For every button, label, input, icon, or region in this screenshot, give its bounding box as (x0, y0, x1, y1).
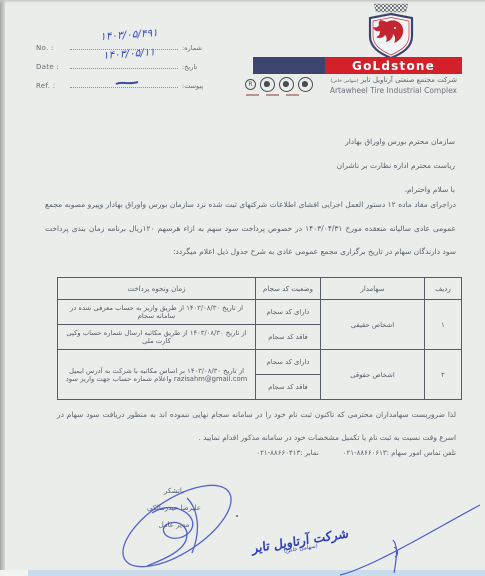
certification-fineprint (246, 94, 299, 96)
row2-shareholder: اشخاص حقوقی (321, 350, 425, 400)
phone-number: تلفن تماس امور سهام :۸۸۶۶۰۶۱۳-۰۲۱ (343, 449, 456, 457)
col-header-payment: زمان ونحوه پرداخت (58, 278, 256, 300)
fineprint-mark (246, 94, 259, 96)
meta-row-ref: Ref. : پیوست: (36, 71, 208, 90)
row1-status-no-code: فاقد کد سجام (256, 325, 321, 350)
recipient-block: سازمان محترم بورس واوراق بهادار ریاست مح… (337, 130, 455, 202)
table-row: ۱ اشخاص حقیقی دارای کد سجام از تاریخ ۱۴۰… (58, 300, 462, 325)
table-header-row: ردیف سهامدار وضعیت کد سجام زمان ونحوه پر… (58, 278, 462, 300)
checker-band (374, 4, 408, 12)
goldstone-shield-lion-icon (362, 3, 420, 59)
ink-dot (236, 515, 238, 517)
ref-scribble-mark (114, 79, 140, 87)
row2-payment: از تاریخ ۱۴۰۳/۰۸/۳۰ بر اساس مکاتبه با شر… (58, 350, 256, 400)
handwritten-signature-scribble (92, 468, 262, 576)
row1-payment-has-code: از تاریخ ۱۴۰۳/۰۸/۳۰ از طریق واریز به حسا… (58, 300, 256, 325)
date-label-en: Date : (36, 63, 66, 71)
scan-edge-bottom-left (0, 570, 28, 576)
company-name-fa-text: شرکت مجتمع صنعتی آرتاویل تایر (361, 76, 457, 84)
body-paragraph: دراجرای مفاد ماده ۱۲ دستور العمل اجرایی … (45, 193, 456, 264)
recipient-line-2: ریاست محترم اداره نظارت بر ناشران (337, 154, 455, 178)
row1-index: ۱ (425, 300, 462, 350)
certification-badges: R (245, 77, 313, 92)
row2-status-has-code: دارای کد سجام (256, 350, 321, 375)
brand-name: GoLdstone (352, 60, 435, 72)
scanned-letter: No. : شماره: ۱۴۰۳/۰۵/۴۹۱ Date : تاریخ: ۱… (0, 0, 485, 576)
recipient-line-1: سازمان محترم بورس واوراق بهادار (337, 130, 455, 154)
meta-row-date: Date : تاریخ: ۱۴۰۳/۰۵/۱۱ (36, 52, 208, 71)
fineprint-mark (286, 94, 299, 96)
fineprint-mark (266, 94, 279, 96)
number-label-en: No. : (36, 44, 66, 52)
row1-payment-no-code: از تاریخ ۱۴۰۳/۰۸/۳۰ از طریق مکاتبه ارسال… (58, 325, 256, 350)
letter-meta-block: No. : شماره: ۱۴۰۳/۰۵/۴۹۱ Date : تاریخ: ۱… (36, 33, 208, 90)
company-name-en: Artawheel Tire Industrial Complex (330, 86, 457, 95)
row2-status-no-code: فاقد کد سجام (256, 375, 321, 400)
col-header-shareholder: سهامدار (321, 278, 425, 300)
company-type-note: (سهامی خاص) (331, 79, 359, 84)
signature-swoosh-marks (328, 495, 485, 576)
col-header-index: ردیف (425, 278, 462, 300)
row1-status-has-code: دارای کد سجام (256, 300, 321, 325)
closing-paragraph: لذا ضروریست سهامداران محترمی که تاکنون ث… (57, 403, 456, 449)
row2-index: ۲ (425, 350, 462, 400)
scan-edge-left (0, 0, 5, 576)
certification-badge-icon (260, 77, 275, 92)
banner-red-segment: GoLdstone (325, 57, 462, 74)
row1-shareholder: اشخاص حقیقی (321, 300, 425, 350)
date-label-fa: تاریخ: (182, 63, 208, 71)
banner-navy-segment (253, 57, 325, 74)
certification-badge-icon (298, 77, 313, 92)
payment-schedule-table: ردیف سهامدار وضعیت کد سجام زمان ونحوه پر… (57, 277, 462, 400)
table-row: ۲ اشخاص حقوقی دارای کد سجام از تاریخ ۱۴۰… (58, 350, 462, 375)
ref-label-en: Ref. : (36, 82, 66, 90)
registered-trademark-icon: R (245, 79, 256, 90)
number-label-fa: شماره: (182, 44, 208, 52)
company-name-fa: شرکت مجتمع صنعتی آرتاویل تایر (سهامی خاص… (331, 76, 457, 84)
contact-line: تلفن تماس امور سهام :۸۸۶۶۰۶۱۳-۰۲۱ نمابر … (256, 449, 456, 457)
certification-badge-icon (279, 77, 294, 92)
col-header-sejam-status: وضعیت کد سجام (256, 278, 321, 300)
ref-label-fa: پیوست: (182, 82, 208, 90)
brand-banner: GoLdstone (253, 57, 462, 74)
fax-number: نمابر :۸۸۶۶۰۴۱۳-۰۲۱ (256, 449, 318, 457)
